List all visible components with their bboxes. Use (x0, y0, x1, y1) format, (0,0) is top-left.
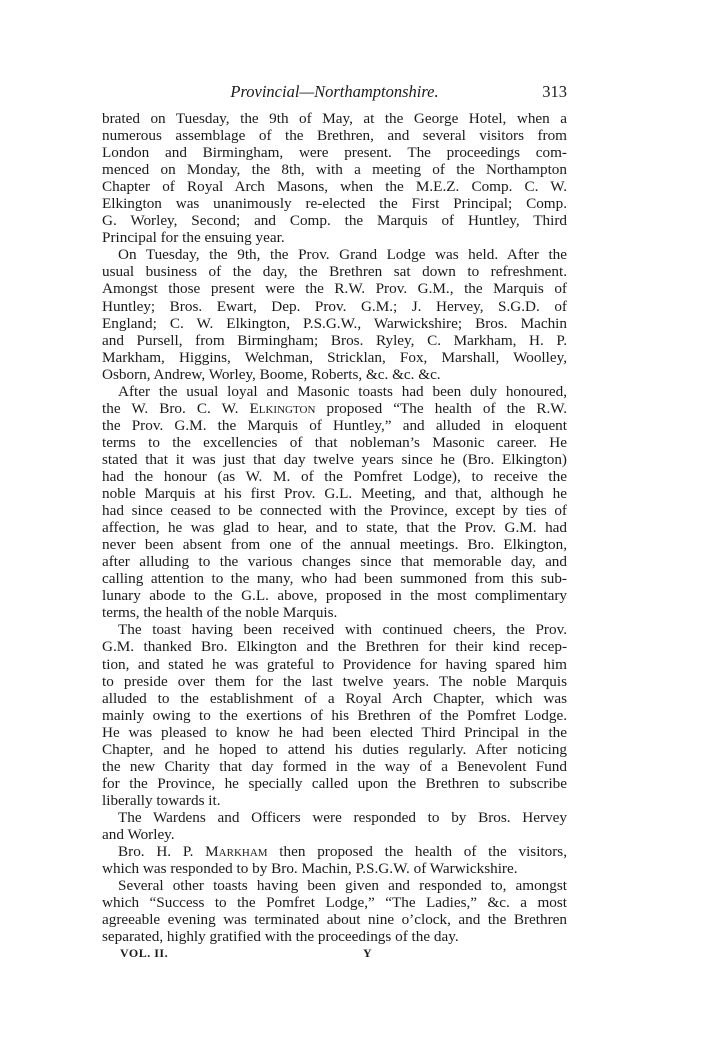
text-line: Elkington was unanimously re-elected the… (102, 195, 567, 212)
text-line: which “Success to the Pomfret Lodge,” “T… (102, 894, 567, 911)
text-line: separated, highly gratified with the pro… (102, 928, 567, 945)
page: Provincial—Northamptonshire. 313 brated … (102, 80, 567, 966)
text-line: liberally towards it. (102, 792, 567, 809)
volume-label: VOL. II. (120, 946, 168, 961)
text-line: G. Worley, Second; and Comp. the Marquis… (102, 212, 567, 229)
text-line: He was pleased to know he had been elect… (102, 724, 567, 741)
text-line: Chapter of Royal Arch Masons, when the M… (102, 178, 567, 195)
text-line: After the usual loyal and Masonic toasts… (102, 383, 567, 400)
text-line: alluded to the establishment of a Royal … (102, 690, 567, 707)
text-line: agreeable evening was terminated about n… (102, 911, 567, 928)
text-line: stated that it was just that day twelve … (102, 451, 567, 468)
running-title: Provincial—Northamptonshire. (102, 82, 567, 102)
page-footer: VOL. II. Y (102, 946, 567, 966)
text-line: affection, he was glad to hear, and to s… (102, 519, 567, 536)
text-line: England; C. W. Elkington, P.S.G.W., Warw… (102, 315, 567, 332)
page-number: 313 (542, 82, 567, 102)
text-line: London and Birmingham, were present. The… (102, 144, 567, 161)
text-line: numerous assemblage of the Brethren, and… (102, 127, 567, 144)
text-line: tion, and stated he was grateful to Prov… (102, 656, 567, 673)
text-line: had the honour (as W. M. of the Pomfret … (102, 468, 567, 485)
text-line: Markham, Higgins, Welchman, Stricklan, F… (102, 349, 567, 366)
text-line: Chapter, and he hoped to attend his duti… (102, 741, 567, 758)
text-line: the new Charity that day formed in the w… (102, 758, 567, 775)
text-line: terms to the excellencies of that noblem… (102, 434, 567, 451)
text-line: the W. Bro. C. W. Elkington proposed “Th… (102, 400, 567, 417)
text-line: had since ceased to be connected with th… (102, 502, 567, 519)
text-line: brated on Tuesday, the 9th of May, at th… (102, 110, 567, 127)
text-line: lunary abode to the G.L. above, proposed… (102, 587, 567, 604)
text-line: never been absent from one of the annual… (102, 536, 567, 553)
text-line: usual business of the day, the Brethren … (102, 263, 567, 280)
article-body: brated on Tuesday, the 9th of May, at th… (102, 110, 567, 945)
text-line: G.M. thanked Bro. Elkington and the Bret… (102, 638, 567, 655)
text-line: the Prov. G.M. the Marquis of Huntley,” … (102, 417, 567, 434)
small-caps-name: Elkington (249, 400, 315, 417)
text-line: after alluding to the various changes si… (102, 553, 567, 570)
text-line: mainly owing to the exertions of his Bre… (102, 707, 567, 724)
text-line: Huntley; Bros. Ewart, Dep. Prov. G.M.; J… (102, 298, 567, 315)
running-head: Provincial—Northamptonshire. 313 (102, 80, 567, 110)
text-line: calling attention to the many, who had b… (102, 570, 567, 587)
text-line: On Tuesday, the 9th, the Prov. Grand Lod… (102, 246, 567, 263)
text-line: terms, the health of the noble Marquis. (102, 604, 567, 621)
text-line: Principal for the ensuing year. (102, 229, 567, 246)
text-line: Bro. H. P. Markham then proposed the hea… (102, 843, 567, 860)
text-line: to preside over them for the last twelve… (102, 673, 567, 690)
text-line: for the Province, he specially called up… (102, 775, 567, 792)
text-line: Several other toasts having been given a… (102, 877, 567, 894)
text-line: and Pursell, from Birmingham; Bros. Ryle… (102, 332, 567, 349)
text-line: Osborn, Andrew, Worley, Boome, Roberts, … (102, 366, 567, 383)
text-line: The Wardens and Officers were responded … (102, 809, 567, 826)
small-caps-name: Markham (205, 843, 267, 860)
text-line: menced on Monday, the 8th, with a meetin… (102, 161, 567, 178)
text-line: which was responded to by Bro. Machin, P… (102, 860, 567, 877)
text-line: Amongst those present were the R.W. Prov… (102, 280, 567, 297)
signature-mark: Y (363, 946, 372, 961)
text-line: noble Marquis at his first Prov. G.L. Me… (102, 485, 567, 502)
text-line: and Worley. (102, 826, 567, 843)
text-line: The toast having been received with cont… (102, 621, 567, 638)
